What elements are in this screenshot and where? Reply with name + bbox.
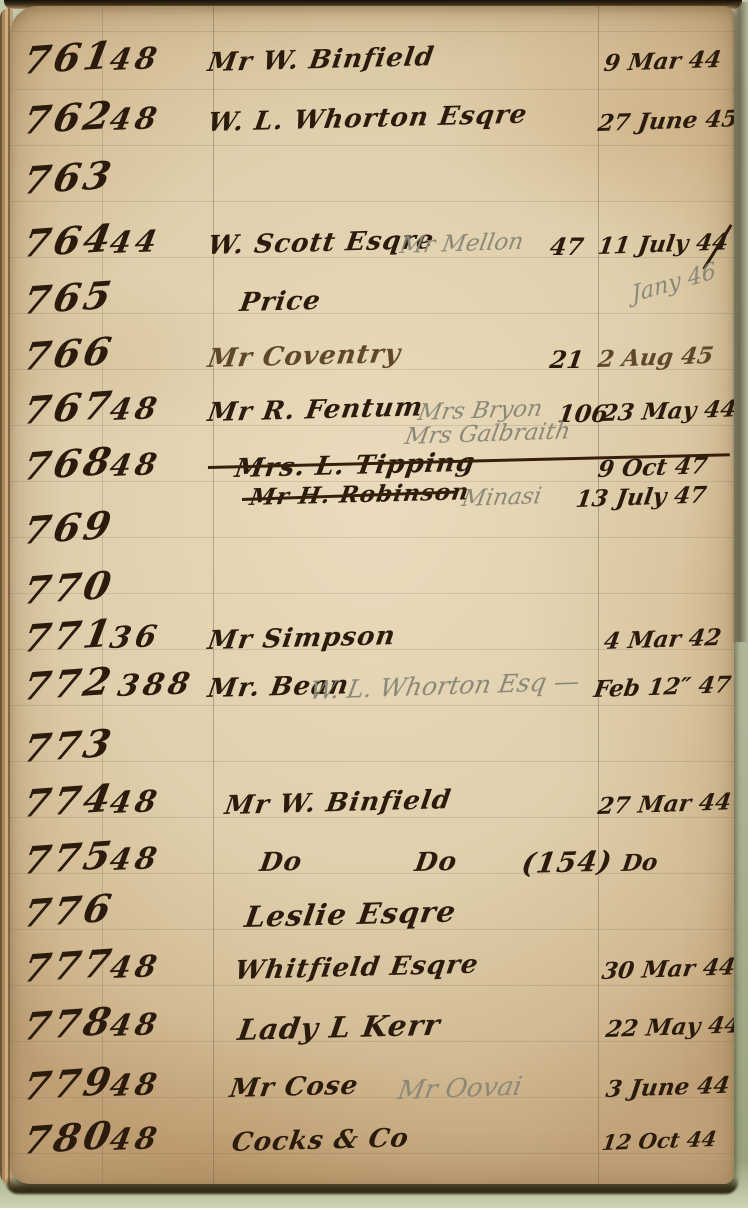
- entry-date: 4 Mar 42: [602, 626, 722, 653]
- ledger-row-769: 769: [10, 512, 734, 568]
- ledger-row-761: 761 48 Mr W. Binfield 9 Mar 44: [10, 42, 734, 98]
- ledger-row-762: 762 48 W. L. Whorton Esqre 27 June 45: [10, 102, 734, 158]
- ledger-row-772: 772 388 Mr. Bean W. L. Whorton Esq — Feb…: [10, 668, 734, 724]
- entry-number: 774: [21, 779, 117, 823]
- entry-name: Mr W. Binfield: [206, 44, 436, 76]
- entry-fee: 36: [107, 622, 162, 654]
- entry-date: 3 June 44: [604, 1074, 731, 1101]
- entry-name: Mr Cose: [228, 1073, 360, 1102]
- entry-number: 770: [21, 566, 117, 610]
- pencil-annotation-2: Minasi: [460, 485, 543, 511]
- ledger-row-776: 776 Leslie Esqre: [10, 895, 734, 951]
- ledger-row-780: 780 48 Cocks & Co 12 Oct 44: [10, 1122, 734, 1178]
- entry-fee: 48: [107, 44, 162, 76]
- entry-number: 777: [21, 944, 117, 988]
- entry-date: Feb 12″ 47: [592, 673, 732, 701]
- entry-date: 23 May 44: [600, 397, 734, 425]
- entry-name: Price: [238, 288, 323, 316]
- entry-name: Mr Coventry: [206, 341, 403, 372]
- ledger-row-773: 773: [10, 730, 734, 786]
- entry-number: 775: [21, 836, 117, 880]
- entry-ref-number: 47: [548, 235, 585, 259]
- entry-date: 12 Oct 44: [601, 1128, 718, 1153]
- facing-page-edge: [732, 2, 748, 642]
- entry-fee: 48: [107, 952, 162, 984]
- entry-name: W. L. Whorton Esqre: [206, 102, 529, 136]
- entry-number: 779: [21, 1062, 117, 1106]
- entry-fee: 48: [107, 787, 162, 819]
- entry-number: 768: [21, 442, 117, 486]
- entry-number: 776: [21, 889, 117, 933]
- ditto-mark-date: Do: [620, 851, 659, 875]
- entry-date: 30 Mar 44: [600, 955, 734, 983]
- entry-date-2: 13 July 47: [574, 483, 708, 511]
- entry-fee: 48: [107, 104, 162, 136]
- entry-name: Mr W. Binfield: [223, 787, 453, 819]
- ditto-mark-2: Do: [413, 849, 459, 876]
- entry-name: Lady L Kerr: [236, 1011, 443, 1045]
- ledger-row-778: 778 48 Lady L Kerr 22 May 44: [10, 1008, 734, 1064]
- entry-name: Whitfield Esqre: [233, 952, 481, 984]
- ditto-mark-1: Do: [258, 849, 304, 876]
- entry-fee: 48: [107, 450, 162, 482]
- ledger-row-775: 775 48 Do Do (154) Do: [10, 842, 734, 898]
- pencil-annotation: W. L. Whorton Esq —: [308, 669, 582, 703]
- entry-number: 771: [21, 614, 117, 658]
- entry-number: 772: [21, 662, 117, 706]
- ledger-row-764: 764 44 W. Scott Esqre Mr Mellon 47 11 Ju…: [10, 225, 734, 281]
- entry-number: 778: [21, 1002, 117, 1046]
- entry-date: 9 Mar 44: [602, 48, 722, 75]
- ledger-row-767: 767 48 Mr R. Fentum Mrs Bryon 106 23 May…: [10, 392, 734, 448]
- entry-paren-number: (154): [520, 848, 615, 878]
- ledger-row-766: 766 Mr Coventry 21 2 Aug 45: [10, 338, 734, 394]
- entry-number: 769: [21, 506, 117, 550]
- entry-number: 765: [21, 276, 117, 320]
- entry-date: 2 Aug 45: [596, 344, 715, 371]
- entry-number: 773: [21, 724, 117, 768]
- entry-fee: 48: [107, 394, 162, 426]
- pencil-annotation-above: Mrs Galbraith: [403, 420, 572, 449]
- pencil-annotation: Mr Mellon: [398, 231, 525, 258]
- entry-fee: 48: [107, 1010, 162, 1042]
- entry-date: 27 June 45: [596, 107, 734, 135]
- entry-number: 762: [21, 96, 117, 140]
- entry-fee: 48: [107, 1124, 162, 1156]
- entry-date: 22 May 44: [604, 1013, 734, 1041]
- entry-number: 764: [21, 219, 117, 263]
- entry-fee: 48: [107, 1070, 162, 1102]
- entry-name: Mr R. Fentum: [206, 394, 425, 426]
- ledger-row-779: 779 48 Mr Cose Mr Oovai 3 June 44: [10, 1068, 734, 1124]
- entry-name: Leslie Esqre: [243, 898, 458, 932]
- entry-date: 27 Mar 44: [596, 790, 733, 818]
- entry-number: 780: [21, 1116, 117, 1160]
- entry-fee: 388: [115, 669, 195, 702]
- ledger-row-777: 777 48 Whitfield Esqre 30 Mar 44: [10, 950, 734, 1006]
- ledger-page: 761 48 Mr W. Binfield 9 Mar 44 762 48 W.…: [10, 6, 734, 1184]
- entry-ref-number: 21: [548, 348, 585, 372]
- entry-number: 767: [21, 386, 117, 430]
- entry-number: 761: [21, 36, 117, 80]
- entry-name: Mr Simpson: [206, 623, 397, 654]
- entry-fee: 44: [107, 227, 162, 259]
- ledger-row-774: 774 48 Mr W. Binfield 27 Mar 44: [10, 785, 734, 841]
- ledger-scan: 761 48 Mr W. Binfield 9 Mar 44 762 48 W.…: [0, 0, 748, 1208]
- ledger-row-763: 763: [10, 162, 734, 218]
- entry-name: Cocks & Co: [230, 1125, 411, 1156]
- entry-number: 763: [21, 156, 117, 200]
- ledger-row-768: 768 48 Mrs Galbraith Mrs. L. Tipping 9 O…: [10, 448, 734, 504]
- pencil-annotation: Mr Oovai: [396, 1074, 524, 1104]
- ledger-row-765: 765 Price Jany 46: [10, 282, 734, 338]
- entry-fee: 48: [107, 844, 162, 876]
- entry-number: 766: [21, 332, 117, 376]
